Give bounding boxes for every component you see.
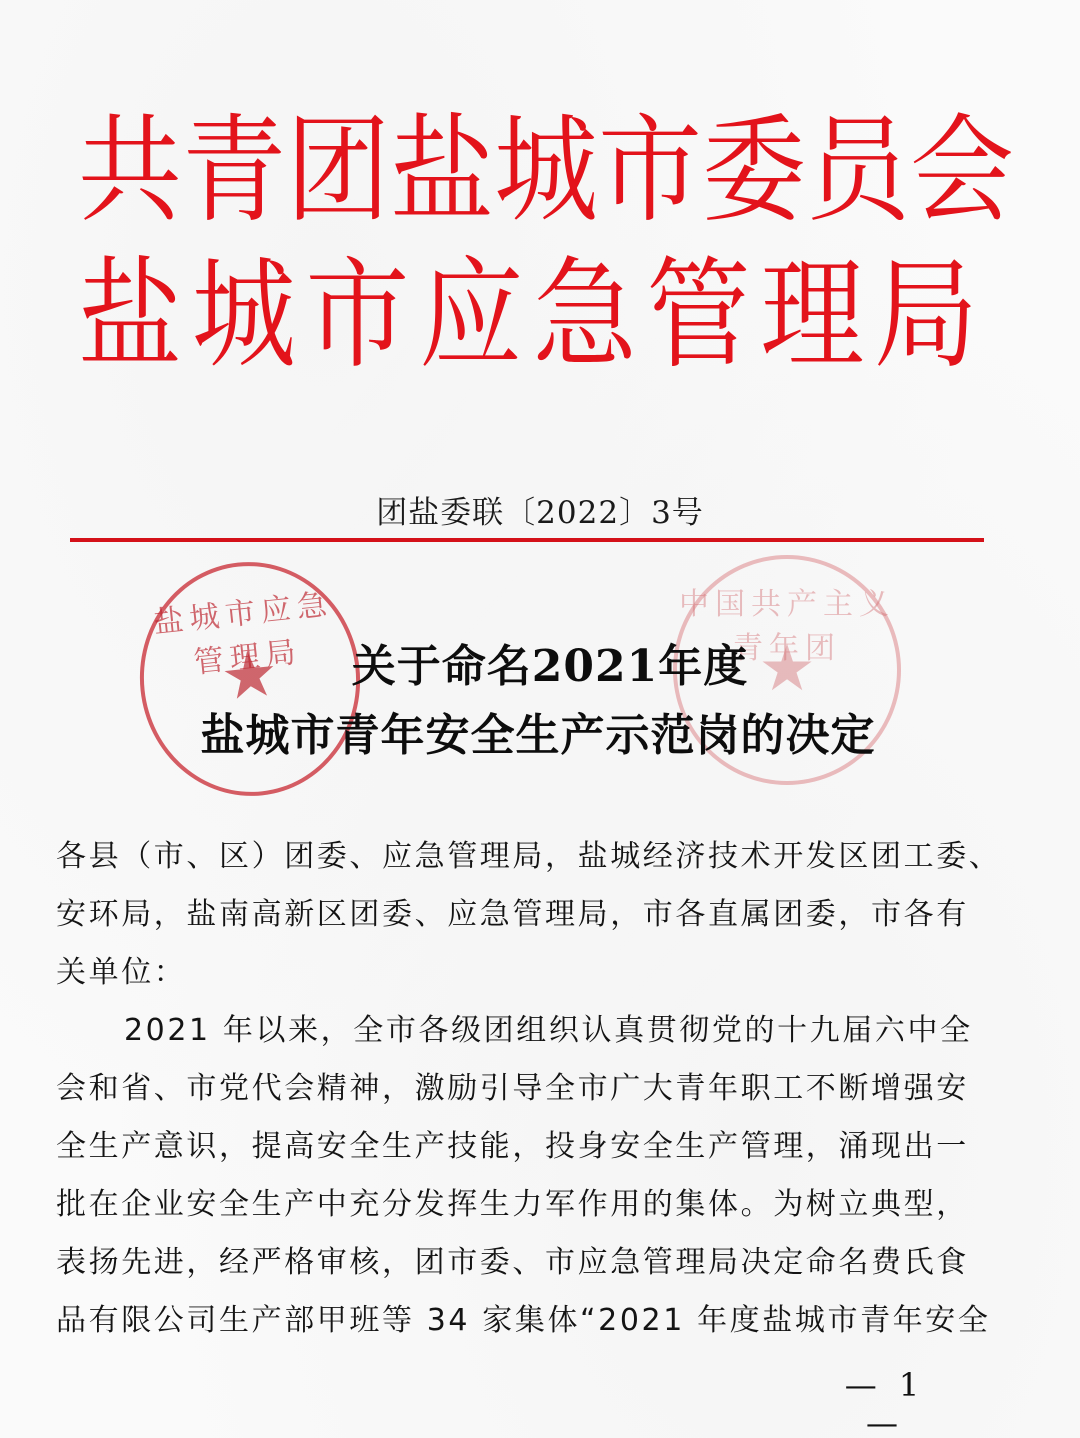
- paragraph-line: 2021 年以来，全市各级团组织认真贯彻党的十九届六中全: [56, 1002, 976, 1060]
- recipients-line: 安环局，盐南高新区团委、应急管理局，市各直属团委，市各有: [56, 886, 976, 944]
- masthead-char: 委: [702, 112, 806, 246]
- recipients-line: 关单位：: [56, 944, 976, 1002]
- masthead-char: 管: [647, 255, 751, 393]
- masthead-char: 市: [305, 255, 409, 393]
- red-divider-rule: [70, 538, 984, 542]
- paragraph-line: 批在企业安全生产中充分发挥生力军作用的集体。为树立典型，: [56, 1176, 976, 1234]
- masthead-char: 共: [78, 112, 182, 246]
- masthead-char: 急: [533, 255, 637, 393]
- recipients-line: 各县（市、区）团委、应急管理局，盐城经济技术开发区团工委、: [56, 828, 976, 886]
- masthead-char: 城: [494, 112, 598, 246]
- masthead-char: 青: [182, 112, 286, 246]
- document-title-line-1: 关于命名2021年度: [10, 645, 1080, 689]
- page-number: — 1 —: [820, 1366, 950, 1438]
- masthead-char: 盐: [390, 112, 494, 246]
- paragraph-line: 表扬先进，经严格审核，团市委、市应急管理局决定命名费氏食: [56, 1234, 976, 1292]
- document-number: 团盐委联〔2022〕3号: [0, 487, 1080, 532]
- masthead-char: 团: [286, 112, 390, 246]
- document-title-line-2: 盐城市青年安全生产示范岗的决定: [0, 714, 1078, 758]
- paragraph-line: 会和省、市党代会精神，激励引导全市广大青年职工不断增强安: [56, 1060, 976, 1118]
- paragraph-line: 品有限公司生产部甲班等 34 家集体“2021 年度盐城市青年安全: [56, 1292, 976, 1350]
- masthead-char: 员: [806, 112, 910, 246]
- masthead-char: 盐: [78, 255, 182, 393]
- masthead-char: 理: [760, 255, 864, 393]
- document-body: 各县（市、区）团委、应急管理局，盐城经济技术开发区团工委、 安环局，盐南高新区团…: [56, 828, 976, 1350]
- paragraph-line: 全生产意识，提高安全生产技能，投身安全生产管理，涌现出一: [56, 1118, 976, 1176]
- masthead-issuer-emergency-bureau: 盐 城 市 应 急 管 理 局: [78, 255, 978, 393]
- masthead-char: 会: [910, 112, 1014, 246]
- masthead-char: 市: [598, 112, 702, 246]
- document-page: 共 青 团 盐 城 市 委 员 会 盐 城 市 应 急 管 理 局 团盐委联〔2…: [0, 0, 1080, 1438]
- masthead-char: 局: [874, 255, 978, 393]
- masthead-char: 应: [419, 255, 523, 393]
- masthead-issuer-youth-league: 共 青 团 盐 城 市 委 员 会: [78, 112, 978, 246]
- masthead-char: 城: [192, 255, 296, 393]
